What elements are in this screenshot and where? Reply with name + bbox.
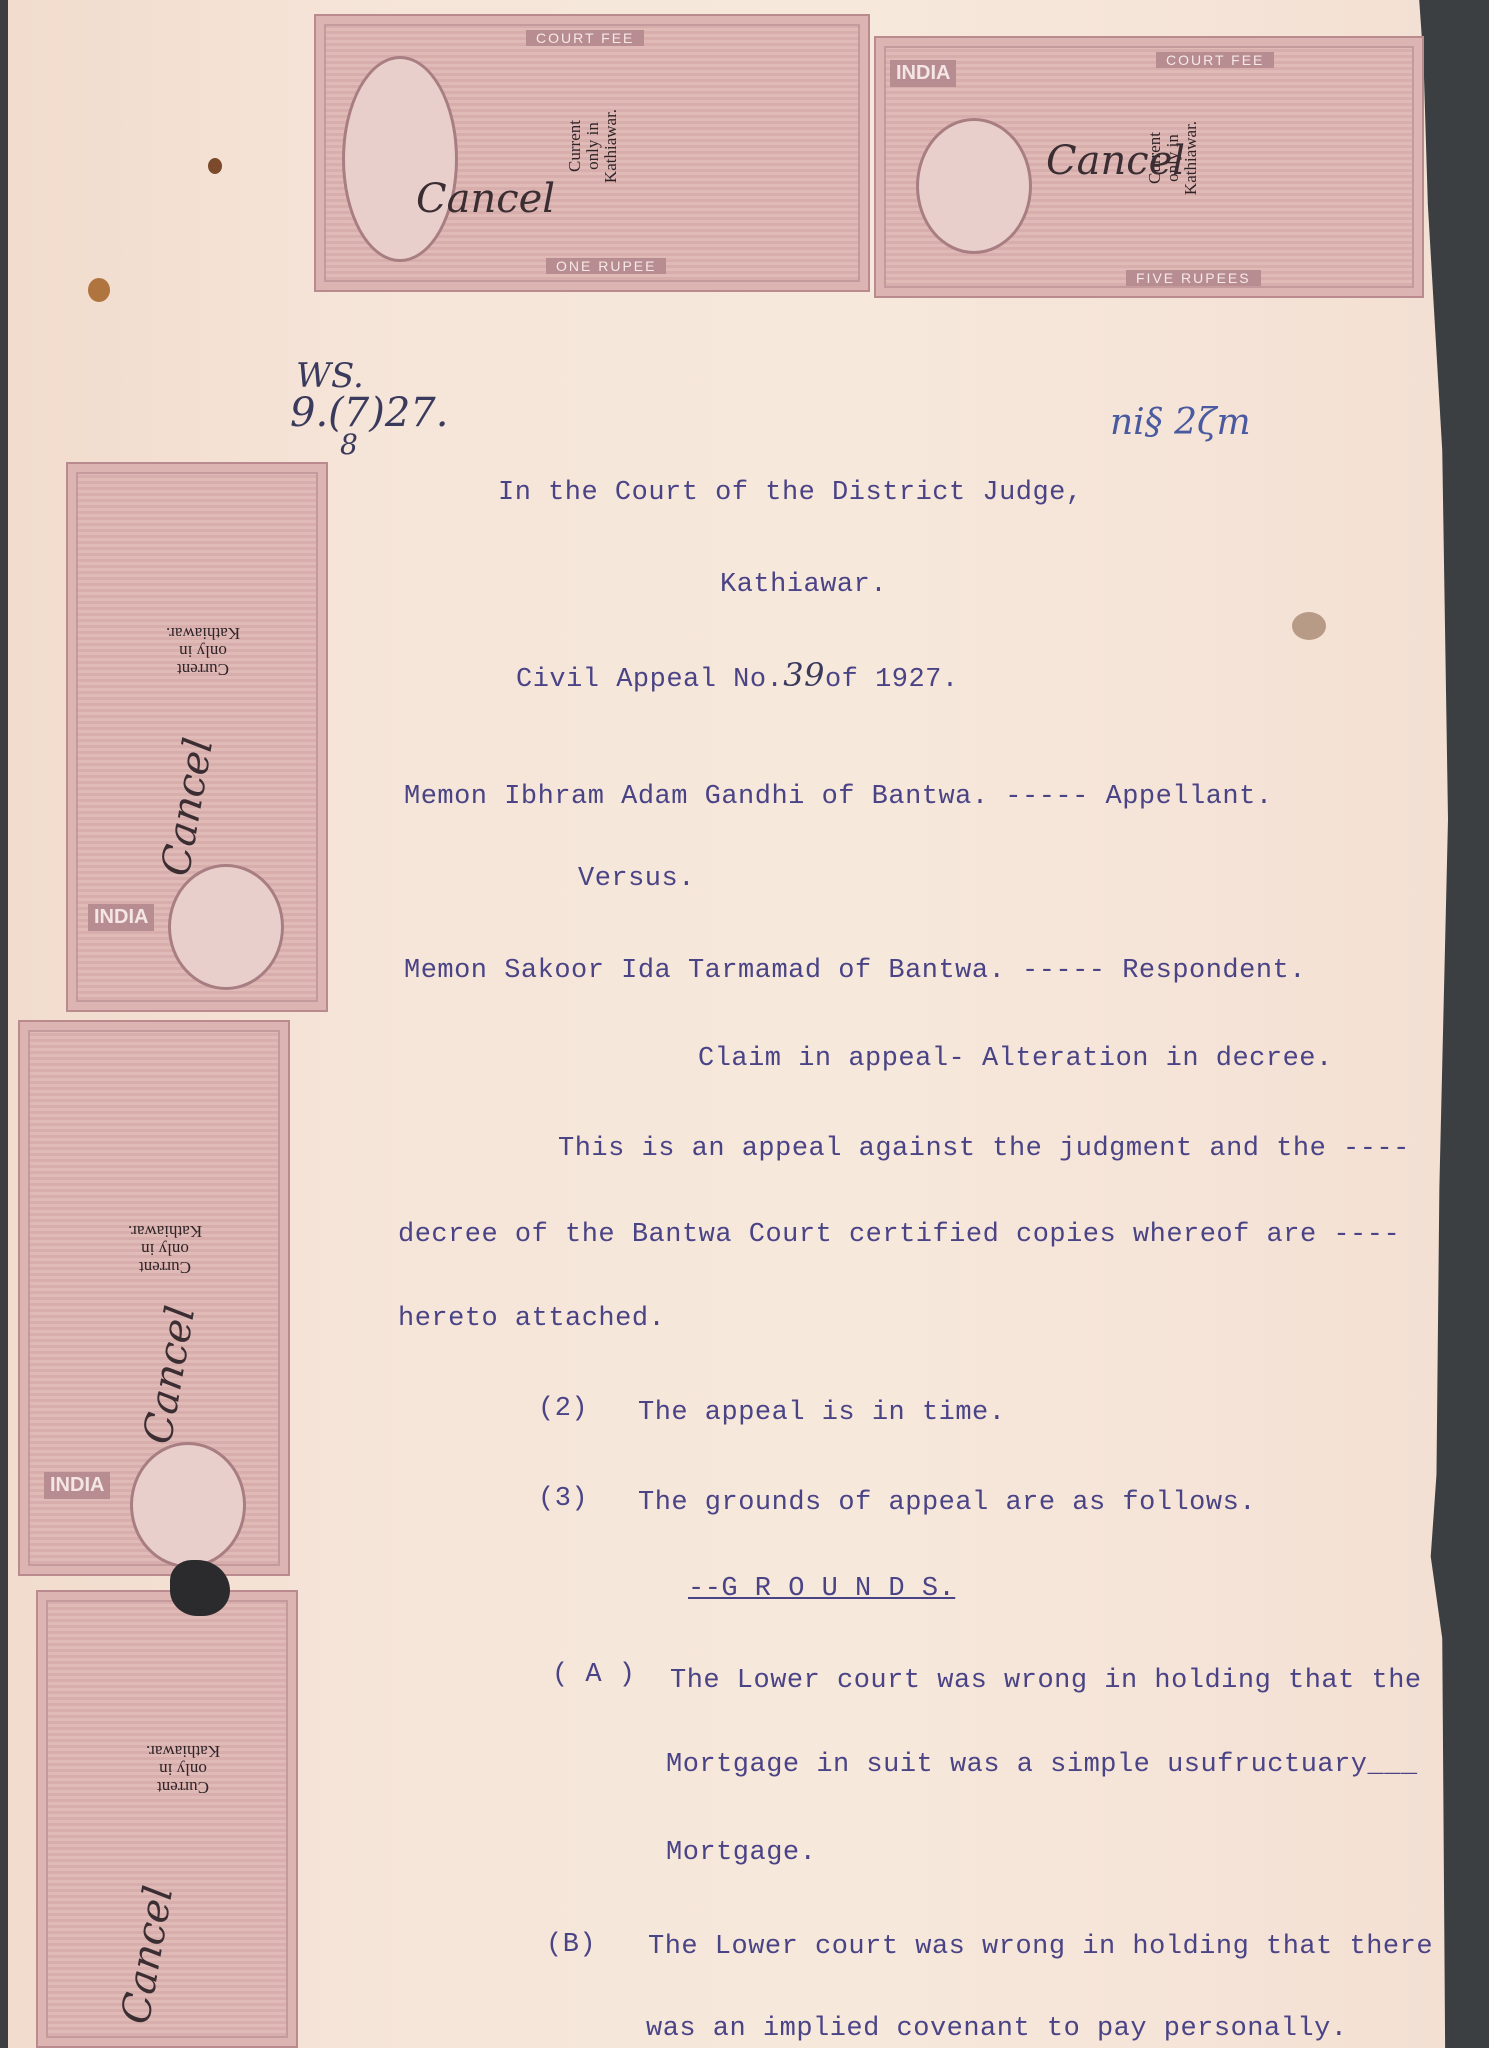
overprint-kathiawar: Currentonly inKathiawar. bbox=[90, 1222, 240, 1276]
item-number: (2) bbox=[538, 1394, 588, 1424]
queen-head-icon bbox=[130, 1442, 246, 1568]
case-number: 39 bbox=[783, 656, 825, 694]
margin-note-date: 9.(7)27. bbox=[290, 390, 448, 436]
ground-a-number: ( A ) bbox=[552, 1660, 636, 1690]
ground-a-line: Mortgage. bbox=[666, 1838, 816, 1868]
stamp-label-india: INDIA bbox=[88, 904, 154, 931]
queen-head-icon bbox=[342, 56, 458, 262]
ground-b-line: was an implied covenant to pay personall… bbox=[646, 2014, 1348, 2044]
court-fee-stamp-left-3: Currentonly inKathiawar. Cancel bbox=[36, 1590, 298, 2048]
stamp-label-value: ONE RUPEE bbox=[546, 258, 666, 274]
stamp-label-india: INDIA bbox=[44, 1472, 110, 1499]
claim-line: Claim in appeal- Alteration in decree. bbox=[698, 1044, 1333, 1074]
overprint-kathiawar: Currentonly inKathiawar. bbox=[108, 1742, 258, 1796]
stain bbox=[1292, 612, 1326, 640]
margin-note: 8 bbox=[340, 428, 358, 461]
item-3-text: The grounds of appeal are as follows. bbox=[638, 1488, 1256, 1518]
paragraph-1-line: hereto attached. bbox=[398, 1304, 665, 1334]
overprint-kathiawar: Currentonly inKathiawar. bbox=[128, 624, 278, 678]
cancel-signature: Cancel bbox=[1046, 138, 1185, 184]
item-number: (3) bbox=[538, 1484, 588, 1514]
grounds-heading: --G R O U N D S. bbox=[688, 1574, 955, 1604]
stamp-label-court-fee: COURT FEE bbox=[526, 30, 644, 46]
court-fee-stamp-one-rupee: COURT FEE ONE RUPEE Currentonly inKathia… bbox=[314, 14, 870, 292]
court-fee-stamp-five-rupees: INDIA COURT FEE FIVE RUPEES Currentonly … bbox=[874, 36, 1424, 298]
appellant-line: Memon Ibhram Adam Gandhi of Bantwa. ----… bbox=[404, 782, 1273, 812]
ground-a-line: Mortgage in suit was a simple usufructua… bbox=[666, 1750, 1418, 1780]
court-fee-stamp-left-1: INDIA Currentonly inKathiawar. Cancel bbox=[66, 462, 328, 1012]
ground-a-line: The Lower court was wrong in holding tha… bbox=[670, 1666, 1422, 1696]
ground-b-number: (B) bbox=[546, 1930, 596, 1960]
ground-b-line: The Lower court was wrong in holding tha… bbox=[648, 1932, 1433, 1962]
court-location: Kathiawar. bbox=[720, 570, 887, 600]
court-fee-stamp-left-2: INDIA Currentonly inKathiawar. Cancel bbox=[18, 1020, 290, 1576]
overprint-kathiawar: Currentonly inKathiawar. bbox=[566, 66, 620, 226]
versus-label: Versus. bbox=[578, 864, 695, 894]
item-2-text: The appeal is in time. bbox=[638, 1398, 1005, 1428]
case-prefix: Civil Appeal No. bbox=[516, 665, 783, 695]
cancel-signature: Cancel bbox=[416, 176, 555, 222]
respondent-line: Memon Sakoor Ida Tarmamad of Bantwa. ---… bbox=[404, 956, 1306, 986]
stain bbox=[208, 158, 222, 174]
stain bbox=[88, 278, 110, 302]
queen-head-icon bbox=[916, 118, 1032, 254]
paragraph-1-line: decree of the Bantwa Court certified cop… bbox=[398, 1220, 1400, 1250]
court-heading: In the Court of the District Judge, bbox=[498, 478, 1083, 508]
stamp-label-value: FIVE RUPEES bbox=[1126, 270, 1261, 286]
paragraph-1-line: This is an appeal against the judgment a… bbox=[558, 1134, 1410, 1164]
stamp-label-court-fee: COURT FEE bbox=[1156, 52, 1274, 68]
case-year: of 1927. bbox=[825, 665, 959, 695]
queen-head-icon bbox=[168, 864, 284, 990]
top-right-note: ni§ 2ζm bbox=[1110, 402, 1251, 443]
stamp-label-india: INDIA bbox=[890, 60, 956, 87]
case-number-line: Civil Appeal No.39of 1927. bbox=[516, 656, 959, 695]
